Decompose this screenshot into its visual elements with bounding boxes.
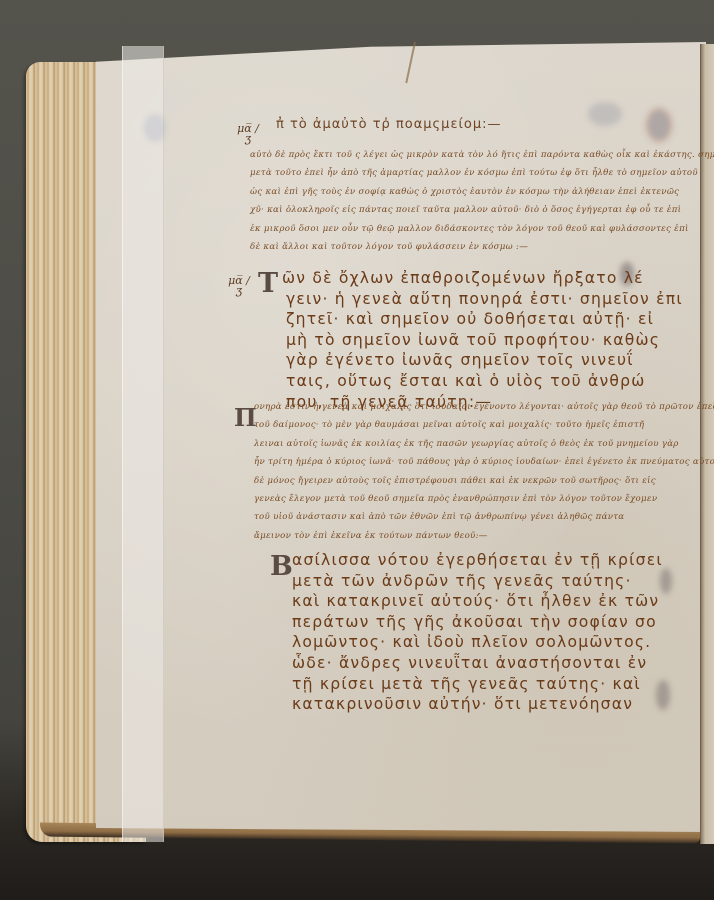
commentary-line: γενεὰς ἔλεγον μετὰ τοῦ θεοῦ σημεῖα πρὸς … [254, 490, 714, 508]
commentary-block-1: αὐτὸ δὲ πρὸς ἔκτι τοῦ ς λέγει ὡς μικρὸν … [250, 146, 714, 256]
scripture-line: τῇ κρίσει μετὰ τῆς γενεᾶς ταύτης· καὶ [292, 674, 663, 695]
commentary-line: τοῦ υἱοῦ ἀνάστασιν καὶ ἀπὸ τῶν ἐθνῶν ἐπὶ… [254, 508, 714, 526]
scripture-line: ὧδε· ἄνδρες νινευῗται ἀναστήσονται ἐν [292, 653, 663, 674]
commentary-line: ὡς καὶ ἐπὶ γῆς τοὺς ἐν σοφίᾳ καθὼς ὁ χρι… [250, 183, 714, 201]
scripture-line: ζητεῖ· καὶ σημεῖον οὐ δοθήσεται αὐτῇ· εἰ [286, 309, 683, 330]
scripture-block-3: ασίλισσα νότου ἐγερθήσεται ἐν τῇ κρίσει … [292, 550, 663, 715]
scripture-block-2: ῶν δὲ ὄχλων ἐπαθροιζομένων ἤρξατο λέ γει… [282, 268, 683, 412]
scripture-line: γὰρ ἐγένετο ἰωνᾶς σημεῖον τοῖς νινευΐ [286, 350, 683, 371]
stain-mark [144, 114, 166, 142]
scripture-line: λομῶντος· καὶ ἰδοὺ πλεῖον σολομῶντος. [292, 632, 663, 653]
commentary-line: ἦν τρίτη ἡμέρα ὁ κύριος ἰωνᾶ· τοῦ πάθους… [254, 453, 714, 471]
initial-letter: Τ [258, 268, 278, 299]
scripture-line: καὶ κατακρινεῖ αὐτούς· ὅτι ἦλθεν ἐκ τῶν [292, 591, 663, 612]
manuscript-photo: μα̅ / ʒ π̓ τὸ ἀμαὐτὸ τῤ ποαμςμείομ:— αὐτ… [0, 0, 714, 900]
conservation-tape-strip [122, 46, 164, 842]
stain-mark [648, 110, 670, 140]
commentary-line: δὲ μόνος ἤγειρεν αὐτοὺς τοῖς ἐπιστρέφουσ… [254, 472, 714, 490]
commentary-line: τοῦ δαίμονος· τὸ μὲν γὰρ θαυμάσαι μεῖναι… [254, 416, 714, 434]
marginal-section-number: μα̅ / ʒ [236, 124, 260, 144]
scripture-line: ῶν δὲ ὄχλων ἐπαθροιζομένων ἤρξατο λέ [282, 268, 683, 289]
commentary-line: λειναι αὐτοῖς ἰωνᾶς ἐκ κοιλίας ἐκ τῆς πα… [254, 435, 714, 453]
commentary-block-2: ονηρὰ ἐστιν ἡ γενεὰ καὶ μοιχαλίς ὅτι ἰου… [254, 398, 714, 545]
commentary-line: δὲ καὶ ἄλλοι καὶ τοῦτον λόγον τοῦ φυλάσσ… [250, 238, 714, 256]
commentary-line: αὐτὸ δὲ πρὸς ἔκτι τοῦ ς λέγει ὡς μικρὸν … [250, 146, 714, 164]
scripture-line: μὴ τὸ σημεῖον ἰωνᾶ τοῦ προφήτου· καθὼς [286, 330, 683, 351]
scripture-line: μετὰ τῶν ἀνδρῶν τῆς γενεᾶς ταύτης· [292, 571, 663, 592]
scripture-line: κατακρινοῦσιν αὐτήν· ὅτι μετενόησαν [292, 694, 663, 715]
scripture-line: γειν· ἡ γενεὰ αὕτη πονηρά ἐστι· σημεῖον … [286, 289, 683, 310]
commentary-line: ἐκ μικροῦ ὅσοι μεν οὖν τῷ θεῷ μαλλον διδ… [250, 220, 714, 238]
chapter-heading: π̓ τὸ ἀμαὐτὸ τῤ ποαμςμείομ:— [276, 117, 501, 132]
marginal-section-number: μα̅ / ʒ [228, 276, 250, 296]
commentary-line: ονηρὰ ἐστιν ἡ γενεὰ καὶ μοιχαλίς ὅτι ἰου… [254, 398, 714, 416]
commentary-line: μετὰ τοῦτο ἐπεὶ ἦν ἀπὸ τῆς ἁμαρτίας μαλλ… [250, 164, 714, 182]
commentary-line: ἄμεινον τὸν ἐπὶ ἐκεῖνα ἐκ τούτων πάντων … [254, 527, 714, 545]
scripture-line: ταις, οὕτως ἔσται καὶ ὁ υἱὸς τοῦ ἀνθρώ [286, 371, 683, 392]
stain-mark [588, 102, 622, 126]
initial-letter: Β [270, 551, 293, 582]
scripture-line: περάτων τῆς γῆς ἀκοῦσαι τὴν σοφίαν σο [292, 612, 663, 633]
scripture-line: ασίλισσα νότου ἐγερθήσεται ἐν τῇ κρίσει [292, 550, 663, 571]
commentary-line: χῦ· καὶ ὁλοκληροῖς εἰς πάντας ποιεῖ ταῦτ… [250, 201, 714, 219]
